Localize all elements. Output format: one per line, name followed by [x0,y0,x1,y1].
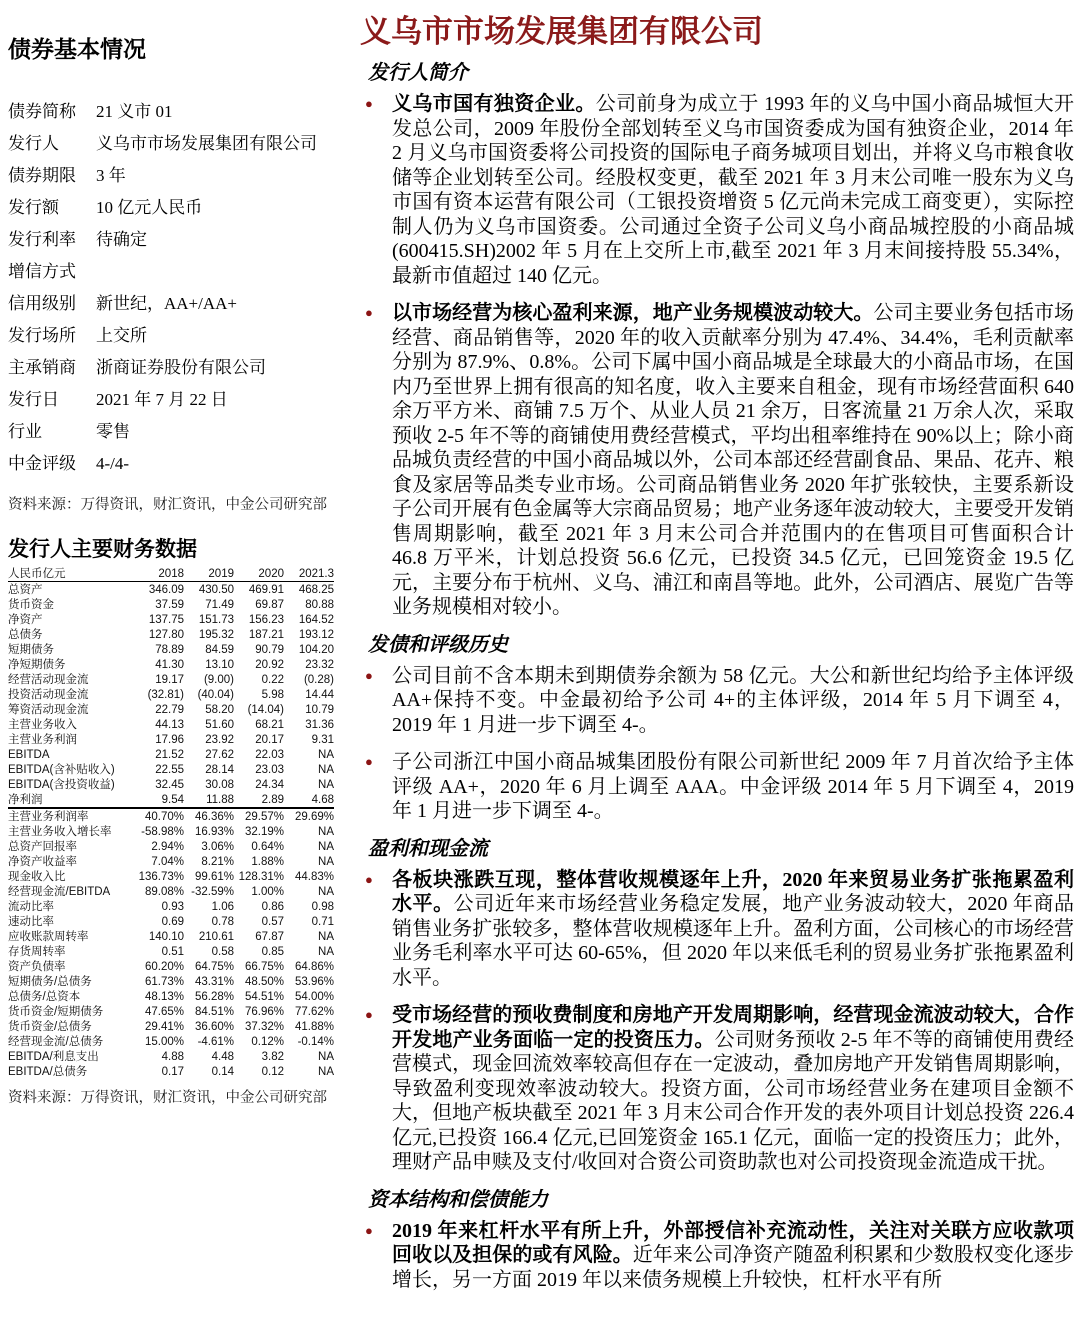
financials-row: EBITDA21.5227.6222.03NA [8,747,334,762]
financials-cell: 137.75 [134,612,184,627]
financials-cell: 68.21 [234,717,284,732]
financials-title: 发行人主要财务数据 [8,538,356,562]
financials-row-label: 货币资金/总债务 [8,1019,134,1034]
financials-cell: 23.03 [234,762,284,777]
financials-cell: 0.69 [134,914,184,929]
financials-source: 资料来源：万得资讯，财汇资讯，中金公司研究部 [8,1089,356,1107]
financials-row-label: 资产负债率 [8,959,134,974]
financials-row: 筹资活动现金流22.7958.20(14.04)10.79 [8,702,334,717]
financials-cell: 22.03 [234,747,284,762]
financials-row: 短期债务78.8984.5990.79104.20 [8,642,334,657]
financials-cell: 51.60 [184,717,234,732]
financials-cell: (0.28) [284,672,334,687]
bond-info-value: 新世纪，AA+/AA+ [96,294,356,314]
financials-row: 净资产137.75151.73156.23164.52 [8,612,334,627]
financials-cell: 0.22 [234,672,284,687]
bond-info-value: 4-/4- [96,454,356,474]
financials-cell: 193.12 [284,627,334,642]
bullet-lead-text: 2019 年来杠杆水平有所上升，外部授信补充流动性，关注对关联方应收款项回收以及… [392,1220,1074,1267]
bullet-lead-text: 各板块涨跌互现，整体营收规模逐年上升，2020 年来贸易业务扩张拖累盈利水平。 [392,869,1074,916]
bond-info-label: 发行日 [8,390,96,410]
financials-row-label: 速动比率 [8,914,134,929]
bond-info-row: 发行人义乌市市场发展集团有限公司 [8,134,356,154]
financials-row: 货币资金/总债务29.41%36.60%37.32%41.88% [8,1019,334,1034]
financials-cell: 56.28% [184,989,234,1004]
report-sections: 发行人简介义乌市国有独资企业。公司前身为成立于 1993 年的义乌中国小商品城恒… [360,61,1074,1292]
financials-cell: NA [284,854,334,869]
financials-cell: 84.51% [184,1004,234,1019]
financials-cell: 90.79 [234,642,284,657]
financials-cell: 84.59 [184,642,234,657]
section-bullet-list: 2019 年来杠杆水平有所上升，外部授信补充流动性，关注对关联方应收款项回收以及… [360,1219,1074,1293]
financials-cell: 0.71 [284,914,334,929]
bond-info-value: 21 义市 01 [96,102,356,122]
financials-row-label: EBITDA/总债务 [8,1064,134,1079]
bond-info-row: 发行利率待确定 [8,230,356,250]
financials-cell: 53.96% [284,974,334,989]
financials-cell: 0.57 [234,914,284,929]
bond-info-row: 债券简称21 义市 01 [8,102,356,122]
financials-row: 短期债务/总债务61.73%43.31%48.50%53.96% [8,974,334,989]
financials-cell: 2.94% [134,839,184,854]
financials-row: 净资产收益率7.04%8.21%1.88%NA [8,854,334,869]
financials-row-label: 经营活动现金流 [8,672,134,687]
financials-row-label: 短期债务 [8,642,134,657]
financials-cell: 4.68 [284,792,334,808]
financials-row: 经营现金流/EBITDA89.08%-32.59%1.00%NA [8,884,334,899]
financials-cell: 20.92 [234,657,284,672]
financials-cell: 54.51% [234,989,284,1004]
financials-cell: 48.50% [234,974,284,989]
financials-row: 总债务/总资本48.13%56.28%54.51%54.00% [8,989,334,1004]
financials-cell: 27.62 [184,747,234,762]
financials-cell: 21.52 [134,747,184,762]
financials-cell: 22.55 [134,762,184,777]
financials-cell: 30.08 [184,777,234,792]
financials-cell: 9.31 [284,732,334,747]
financials-cell: 140.10 [134,929,184,944]
financials-cell: 23.92 [184,732,234,747]
financials-row-label: 投资活动现金流 [8,687,134,702]
bond-info-label: 发行利率 [8,230,96,250]
bond-info-label: 信用级别 [8,294,96,314]
financials-row-label: 净短期债务 [8,657,134,672]
section-bullet-list: 各板块涨跌互现，整体营收规模逐年上升，2020 年来贸易业务扩张拖累盈利水平。公… [360,868,1074,1175]
financials-cell: NA [284,762,334,777]
bond-info-value [96,262,356,282]
financials-cell: 0.51 [134,944,184,959]
financials-cell: 14.44 [284,687,334,702]
financials-cell: 29.57% [234,808,284,824]
financials-cell: (32.81) [134,687,184,702]
financials-row-label: 筹资活动现金流 [8,702,134,717]
financials-cell: 3.82 [234,1049,284,1064]
financials-cell: 32.19% [234,824,284,839]
bond-info-row: 中金评级4-/4- [8,454,356,474]
financials-cell: 4.88 [134,1049,184,1064]
financials-cell: 8.21% [184,854,234,869]
section-heading: 发行人简介 [368,61,1074,85]
bond-info-list: 债券简称21 义市 01发行人义乌市市场发展集团有限公司债券期限3 年发行额10… [8,102,356,474]
bond-info-label: 发行人 [8,134,96,154]
financials-cell: 127.80 [134,627,184,642]
financials-row: 流动比率0.931.060.860.98 [8,899,334,914]
financials-cell: NA [284,944,334,959]
financials-cell: 1.88% [234,854,284,869]
financials-row-label: 存货周转率 [8,944,134,959]
financials-cell: 128.31% [234,869,284,884]
financials-row-label: 总债务/总资本 [8,989,134,1004]
financials-cell: 47.65% [134,1004,184,1019]
financials-cell: 41.88% [284,1019,334,1034]
bond-info-row: 发行日2021 年 7 月 22 日 [8,390,356,410]
financials-row-label: 现金收入比 [8,869,134,884]
bond-info-label: 行业 [8,422,96,442]
bullet-item: 各板块涨跌互现，整体营收规模逐年上升，2020 年来贸易业务扩张拖累盈利水平。公… [360,868,1074,991]
financials-row-label: 货币资金 [8,597,134,612]
bond-info-label: 债券简称 [8,102,96,122]
financials-cell: 36.60% [184,1019,234,1034]
financials-row-label: 经营现金流/总债务 [8,1034,134,1049]
bond-info-row: 增信方式 [8,262,356,282]
financials-row: 主营业务收入44.1351.6068.2131.36 [8,717,334,732]
financials-cell: 10.79 [284,702,334,717]
financials-cell: 69.87 [234,597,284,612]
financials-row-label: 净资产收益率 [8,854,134,869]
financials-cell: 0.86 [234,899,284,914]
financials-row: 主营业务收入增长率-58.98%16.93%32.19%NA [8,824,334,839]
section-bullet-list: 义乌市国有独资企业。公司前身为成立于 1993 年的义乌中国小商品城恒大开发总公… [360,92,1074,620]
financials-cell: NA [284,747,334,762]
financials-cell: 31.36 [284,717,334,732]
financials-row: 净短期债务41.3013.1020.9223.32 [8,657,334,672]
financials-row-label: 总资产 [8,582,134,598]
financials-cell: (9.00) [184,672,234,687]
financials-cell: 0.98 [284,899,334,914]
financials-cell: (14.04) [234,702,284,717]
financials-cell: 468.25 [284,582,334,598]
financials-row: 投资活动现金流(32.81)(40.04)5.9814.44 [8,687,334,702]
financials-cell: 136.73% [134,869,184,884]
financials-table: 人民币亿元 2018 2019 2020 2021.3 总资产346.09430… [8,566,334,1079]
financials-row: 速动比率0.690.780.570.71 [8,914,334,929]
financials-row-label: EBITDA(含补贴收入) [8,762,134,777]
financials-row-label: 主营业务收入增长率 [8,824,134,839]
financials-cell: 71.49 [184,597,234,612]
financials-cell: 44.13 [134,717,184,732]
financials-cell: 9.54 [134,792,184,808]
financials-row-label: 货币资金/短期债务 [8,1004,134,1019]
main-content: 义乌市市场发展集团有限公司 发行人简介义乌市国有独资企业。公司前身为成立于 19… [360,0,1074,1305]
financials-cell: 151.73 [184,612,234,627]
financials-cell: 46.36% [184,808,234,824]
financials-cell: 15.00% [134,1034,184,1049]
financials-cell: 17.96 [134,732,184,747]
financials-row-label: 流动比率 [8,899,134,914]
financials-cell: 37.32% [234,1019,284,1034]
financials-cell: 44.83% [284,869,334,884]
financials-cell: 0.58 [184,944,234,959]
bullet-item: 义乌市国有独资企业。公司前身为成立于 1993 年的义乌中国小商品城恒大开发总公… [360,92,1074,288]
section-heading: 资本结构和偿债能力 [368,1188,1074,1212]
bond-info-row: 行业零售 [8,422,356,442]
financials-row: 总资产346.09430.50469.91468.25 [8,582,334,598]
financials-cell: NA [284,1064,334,1079]
financials-row-label: 主营业务收入 [8,717,134,732]
financials-cell: 89.08% [134,884,184,899]
bond-info-row: 主承销商浙商证券股份有限公司 [8,358,356,378]
bond-info-label: 主承销商 [8,358,96,378]
financials-cell: 37.59 [134,597,184,612]
bullet-item: 受市场经营的预收费制度和房地产开发周期影响，经营现金流波动较大，合作开发地产业务… [360,1003,1074,1175]
financials-cell: 7.04% [134,854,184,869]
bond-info-label: 增信方式 [8,262,96,282]
financials-cell: 13.10 [184,657,234,672]
financials-cell: 19.17 [134,672,184,687]
page-title: 义乌市市场发展集团有限公司 [360,12,1074,52]
financials-row: 总资产回报率2.94%3.06%0.64%NA [8,839,334,854]
financials-cell: -0.14% [284,1034,334,1049]
bullet-item: 子公司浙江中国小商品城集团股份有限公司新世纪 2009 年 7 月首次给予主体评… [360,750,1074,824]
bond-info-value: 上交所 [96,326,356,346]
financials-row: EBITDA(含投资收益)32.4530.0824.34NA [8,777,334,792]
financials-cell: 99.61% [184,869,234,884]
financials-header-row: 人民币亿元 2018 2019 2020 2021.3 [8,566,334,582]
financials-row: 现金收入比136.73%99.61%128.31%44.83% [8,869,334,884]
financials-cell: 156.23 [234,612,284,627]
financials-row-label: 总债务 [8,627,134,642]
financials-cell: 11.88 [184,792,234,808]
financials-cell: 67.87 [234,929,284,944]
financials-cell: 0.17 [134,1064,184,1079]
bullet-lead-text: 义乌市国有独资企业。 [392,93,596,115]
financials-cell: -32.59% [184,884,234,899]
financials-cell: 210.61 [184,929,234,944]
financials-unit-label: 人民币亿元 [8,566,134,582]
financials-row: 总债务127.80195.32187.21193.12 [8,627,334,642]
financials-cell: 4.48 [184,1049,234,1064]
bullet-item: 以市场经营为核心盈利来源，地产业务规模波动较大。公司主要业务包括市场经营、商品销… [360,301,1074,620]
bond-info-value: 浙商证券股份有限公司 [96,358,356,378]
financials-cell: 76.96% [234,1004,284,1019]
bond-info-value: 义乌市市场发展集团有限公司 [96,134,356,154]
bond-info-label: 中金评级 [8,454,96,474]
financials-row-label: EBITDA/利息支出 [8,1049,134,1064]
financials-cell: 22.79 [134,702,184,717]
financials-row: EBITDA/总债务0.170.140.12NA [8,1064,334,1079]
financials-cell: 43.31% [184,974,234,989]
bond-info-label: 发行额 [8,198,96,218]
sidebar: 债券基本情况 债券简称21 义市 01发行人义乌市市场发展集团有限公司债券期限3… [8,36,356,1107]
financials-cell: 195.32 [184,627,234,642]
financials-row: 货币资金/短期债务47.65%84.51%76.96%77.62% [8,1004,334,1019]
financials-cell: 41.30 [134,657,184,672]
section-heading: 发债和评级历史 [368,633,1074,657]
financials-cell: 20.17 [234,732,284,747]
bond-info-value: 10 亿元人民币 [96,198,356,218]
bond-info-value: 零售 [96,422,356,442]
financials-cell: 1.06 [184,899,234,914]
financials-cell: 64.75% [184,959,234,974]
financials-cell: 61.73% [134,974,184,989]
financials-row-label: 主营业务利润 [8,732,134,747]
financials-cell: 28.14 [184,762,234,777]
financials-row: 净利润9.5411.882.894.68 [8,792,334,808]
financials-cell: NA [284,824,334,839]
financials-col-2021-3: 2021.3 [284,566,334,582]
financials-cell: NA [284,1049,334,1064]
financials-row-label: 主营业务利润率 [8,808,134,824]
financials-row-label: 总资产回报率 [8,839,134,854]
financials-row: 货币资金37.5971.4969.8780.88 [8,597,334,612]
financials-row-label: 净利润 [8,792,134,808]
bond-info-row: 信用级别新世纪，AA+/AA+ [8,294,356,314]
financials-col-2018: 2018 [134,566,184,582]
financials-row: EBITDA(含补贴收入)22.5528.1423.03NA [8,762,334,777]
financials-cell: 0.14 [184,1064,234,1079]
financials-cell: 40.70% [134,808,184,824]
financials-cell: 0.12 [234,1064,284,1079]
financials-cell: 32.45 [134,777,184,792]
financials-cell: 80.88 [284,597,334,612]
bond-info-source: 资料来源：万得资讯，财汇资讯，中金公司研究部 [8,496,356,514]
bond-info-label: 发行场所 [8,326,96,346]
bond-info-row: 发行额10 亿元人民币 [8,198,356,218]
financials-row-label: 短期债务/总债务 [8,974,134,989]
financials-cell: 16.93% [184,824,234,839]
financials-cell: 187.21 [234,627,284,642]
financials-row-label: 应收账款周转率 [8,929,134,944]
financials-row: 应收账款周转率140.10210.6167.87NA [8,929,334,944]
section-heading: 盈利和现金流 [368,837,1074,861]
financials-cell: 0.12% [234,1034,284,1049]
bullet-item: 公司目前不含本期未到期债券余额为 58 亿元。大公和新世纪均给予主体评级 AA+… [360,664,1074,738]
bond-info-value: 2021 年 7 月 22 日 [96,390,356,410]
bond-info-title: 债券基本情况 [8,36,356,62]
financials-cell: 29.41% [134,1019,184,1034]
financials-cell: 2.89 [234,792,284,808]
financials-row: 经营活动现金流19.17(9.00)0.22(0.28) [8,672,334,687]
financials-row: 主营业务利润17.9623.9220.179.31 [8,732,334,747]
bullet-lead-text: 以市场经营为核心盈利来源，地产业务规模波动较大。 [392,302,873,324]
financials-cell: 0.64% [234,839,284,854]
financials-cell: -4.61% [184,1034,234,1049]
financials-cell: 77.62% [284,1004,334,1019]
financials-col-2019: 2019 [184,566,234,582]
financials-cell: 5.98 [234,687,284,702]
financials-cell: 1.00% [234,884,284,899]
financials-row: 存货周转率0.510.580.85NA [8,944,334,959]
financials-cell: NA [284,929,334,944]
financials-cell: -58.98% [134,824,184,839]
financials-cell: 60.20% [134,959,184,974]
financials-row-label: EBITDA(含投资收益) [8,777,134,792]
financials-cell: 66.75% [234,959,284,974]
bond-info-value: 3 年 [96,166,356,186]
financials-cell: 78.89 [134,642,184,657]
financials-cell: 3.06% [184,839,234,854]
bond-info-row: 债券期限3 年 [8,166,356,186]
financials-cell: 64.86% [284,959,334,974]
financials-cell: NA [284,884,334,899]
bullet-lead-text: 受市场经营的预收费制度和房地产开发周期影响，经营现金流波动较大，合作开发地产业务… [392,1004,1074,1051]
financials-cell: 469.91 [234,582,284,598]
financials-cell: 23.32 [284,657,334,672]
financials-row-label: EBITDA [8,747,134,762]
financials-cell: 58.20 [184,702,234,717]
financials-cell: 29.69% [284,808,334,824]
financials-row: EBITDA/利息支出4.884.483.82NA [8,1049,334,1064]
bond-info-value: 待确定 [96,230,356,250]
financials-cell: 164.52 [284,612,334,627]
bullet-item: 2019 年来杠杆水平有所上升，外部授信补充流动性，关注对关联方应收款项回收以及… [360,1219,1074,1293]
bond-info-label: 债券期限 [8,166,96,186]
financials-row: 经营现金流/总债务15.00%-4.61%0.12%-0.14% [8,1034,334,1049]
financials-cell: 346.09 [134,582,184,598]
financials-cell: 104.20 [284,642,334,657]
financials-cell: 48.13% [134,989,184,1004]
financials-cell: 430.50 [184,582,234,598]
financials-col-2020: 2020 [234,566,284,582]
financials-cell: 24.34 [234,777,284,792]
financials-cell: 54.00% [284,989,334,1004]
financials-row: 主营业务利润率40.70%46.36%29.57%29.69% [8,808,334,824]
section-bullet-list: 公司目前不含本期未到期债券余额为 58 亿元。大公和新世纪均给予主体评级 AA+… [360,664,1074,824]
financials-row-label: 净资产 [8,612,134,627]
financials-cell: 0.85 [234,944,284,959]
financials-cell: (40.04) [184,687,234,702]
financials-cell: 0.78 [184,914,234,929]
bond-info-row: 发行场所上交所 [8,326,356,346]
financials-row: 资产负债率60.20%64.75%66.75%64.86% [8,959,334,974]
financials-row-label: 经营现金流/EBITDA [8,884,134,899]
financials-cell: 0.93 [134,899,184,914]
financials-cell: NA [284,777,334,792]
financials-cell: NA [284,839,334,854]
